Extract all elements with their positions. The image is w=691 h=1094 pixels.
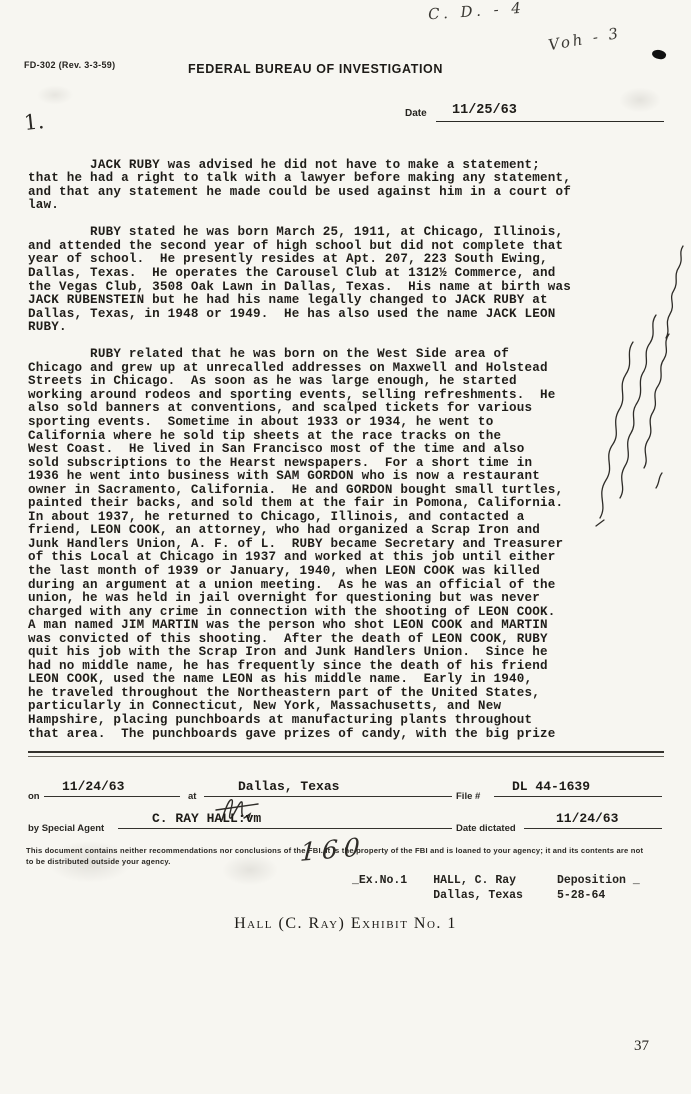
exhibit-date: 5-28-64 (523, 889, 640, 904)
file-number-value: DL 44-1639 (512, 779, 590, 794)
report-body-text: JACK RUBY was advised he did not have to… (28, 159, 638, 742)
ink-blot (651, 48, 667, 61)
on-label: on (28, 791, 40, 802)
date-underline (436, 121, 664, 122)
handwritten-note-cd4: C. D. - 4 (427, 0, 525, 23)
interview-location-value: Dallas, Texas (238, 779, 339, 794)
disclaimer-text: This document contains neither recommend… (26, 846, 644, 867)
handwritten-marginalia-right (586, 218, 690, 538)
date-value: 11/25/63 (452, 103, 517, 118)
page-number: 37 (634, 1038, 649, 1055)
exhibit-type: Deposition _ (523, 874, 640, 889)
handwritten-page-numeral: 1. (23, 109, 45, 135)
interview-date-value: 11/24/63 (62, 779, 124, 794)
section-divider-rule-thin (28, 756, 664, 757)
exhibit-caption: Hall (C. Ray) Exhibit No. 1 (0, 915, 691, 933)
date-dictated-underline (524, 828, 662, 829)
file-number-label: File # (456, 791, 480, 802)
special-agent-label: by Special Agent (28, 823, 104, 834)
special-agent-underline (118, 828, 452, 829)
exhibit-number: _Ex.No.1 (352, 874, 407, 889)
exhibit-stamp-block: _Ex.No.1 HALL, C. Ray Deposition _ Dalla… (352, 874, 640, 904)
special-agent-value: C. RAY HALL:vm (152, 811, 261, 826)
file-number-underline (494, 796, 662, 797)
date-label: Date (405, 108, 427, 119)
fbi-fd302-document-page: FD-302 (Rev. 3-3-59) FEDERAL BUREAU OF I… (0, 0, 691, 1094)
exhibit-witness-name: HALL, C. Ray (407, 874, 523, 889)
handwritten-note-vol: Voh - 3 (547, 24, 622, 54)
section-divider-rule (28, 751, 664, 753)
date-dictated-label: Date dictated (456, 823, 516, 834)
exhibit-location: Dallas, Texas (407, 889, 523, 904)
at-label: at (188, 791, 196, 802)
date-dictated-value: 11/24/63 (556, 811, 618, 826)
agency-title: FEDERAL BUREAU OF INVESTIGATION (0, 62, 631, 76)
interview-date-underline (44, 796, 180, 797)
